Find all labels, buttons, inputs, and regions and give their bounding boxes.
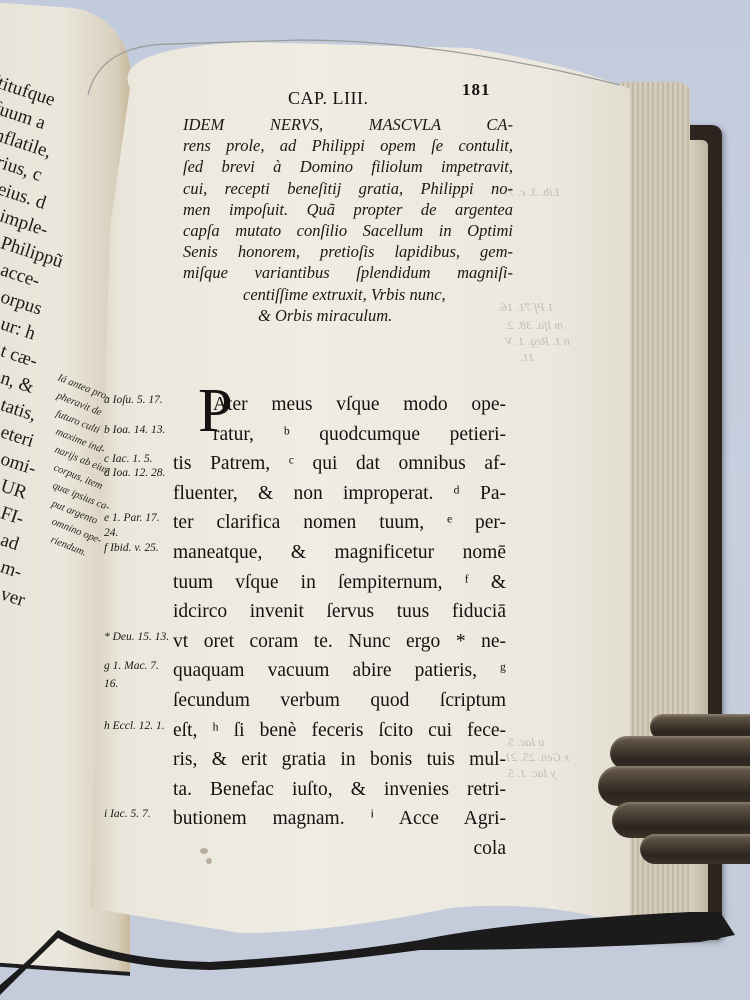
foxing-spot (200, 848, 208, 854)
italic-line: centiſſime extruxit, Vrbis nunc, (183, 284, 513, 305)
italic-paragraph: IDEM NERVS, MASCVLA CA- rens prole, ad P… (183, 114, 513, 326)
margin-note: d Ioa. 12. 28. (104, 467, 165, 479)
running-head: CAP. LIII. (288, 88, 369, 109)
margin-note: g 1. Mac. 7. (104, 660, 159, 672)
italic-line: men impoſuit. Quã propter de argentea (183, 199, 513, 220)
text-line: ris, & erit gratia in bonis tuis mul- (173, 745, 506, 775)
brass-clasp (590, 708, 750, 868)
italic-line: capſa mutato conſilio Sacellum in Optimi (183, 220, 513, 241)
italic-line: cui, recepti beneſitij gratia, Philippi … (183, 178, 513, 199)
italic-line: ſed brevi à Domino filiolum impetravit, (183, 156, 513, 177)
margin-note: h Eccl. 12. 1. (104, 720, 165, 732)
margin-note: * Deu. 15. 13. (104, 631, 169, 643)
text-line: idcirco invenit ſervus tuus fiduciā (173, 597, 506, 627)
margin-note: a Ioſu. 5. 17. (104, 394, 163, 406)
bleed-through-note: 11. (520, 350, 534, 365)
clasp-rib (610, 736, 750, 770)
text-line: tis Patrem, ᶜ qui dat omnibus af- (173, 449, 506, 479)
margin-note: 16. (104, 678, 118, 690)
text-line: fluenter, & non improperat. ᵈ Pa- (173, 479, 506, 509)
clasp-rib (612, 802, 750, 838)
text-line: tuum vſque in ſempiternum, ᶠ & (173, 568, 506, 598)
main-paragraph: Ater meus vſque modo ope- ratur, ᵇ quodc… (173, 390, 506, 864)
text-line: ratur, ᵇ quodcumque petieri- (173, 420, 506, 450)
margin-note: c Iac. 1. 5. (104, 453, 153, 465)
italic-line: Senis honorem, pretioſis lapidibus, gem- (183, 241, 513, 262)
margin-note: e 1. Par. 17. (104, 512, 160, 524)
margin-note: i Iac. 5. 7. (104, 808, 151, 820)
margin-note: 24. (104, 527, 118, 539)
clasp-rib (640, 834, 750, 864)
text-line: ſecundum verbum quod ſcriptum (173, 686, 506, 716)
text-line: ta. Benefac iuſto, & invenies retri- (173, 775, 506, 805)
text-line: eſt, ʰ ſi benè feceris ſcito cui fece- (173, 716, 506, 746)
catchword: cola (173, 834, 506, 864)
text-line: Ater meus vſque modo ope- (173, 390, 506, 420)
text-line: maneatque, & magnificetur nomē (173, 538, 506, 568)
text-line: quaquam vacuum abire patieris, ᵍ (173, 656, 506, 686)
bleed-through-note: u Iac. 5. (505, 735, 544, 750)
italic-line: rens prole, ad Philippi opem ſe contulit… (183, 135, 513, 156)
bleed-through-note: m Iſa. 38. 2. (505, 318, 563, 333)
bleed-through-note: n 1. Reg. 1. V (505, 334, 570, 349)
italic-line: & Orbis miraculum. (183, 305, 513, 326)
italic-line: miſque variantibus ſplendidum magniſi- (183, 262, 513, 283)
page-number: 181 (462, 80, 491, 100)
foxing-spot (206, 858, 212, 864)
bleed-through-note: y Iac. 1. 5. (505, 766, 556, 781)
text-line: butionem magnam. ⁱ Acce Agri- (173, 804, 506, 834)
text-line: ter clarifica nomen tuum, ᵉ per- (173, 508, 506, 538)
book-photo-scene: ftitufquefuum anflatile,rius, ceius. dim… (0, 0, 750, 1000)
margin-note: b Ioa. 14. 13. (104, 424, 165, 436)
bleed-through-note: x Gen. 25. 21 (505, 750, 569, 765)
clasp-rib (598, 766, 750, 806)
bleed-through-note: Lib. 3. c. 7. (505, 185, 559, 200)
italic-line: IDEM NERVS, MASCVLA CA- (183, 114, 513, 135)
margin-note: f Ibid. v. 25. (104, 542, 159, 554)
bleed-through-note: 1 Pſ 71. 16. (498, 300, 554, 315)
text-line: vt oret coram te. Nunc ergo * ne- (173, 627, 506, 657)
